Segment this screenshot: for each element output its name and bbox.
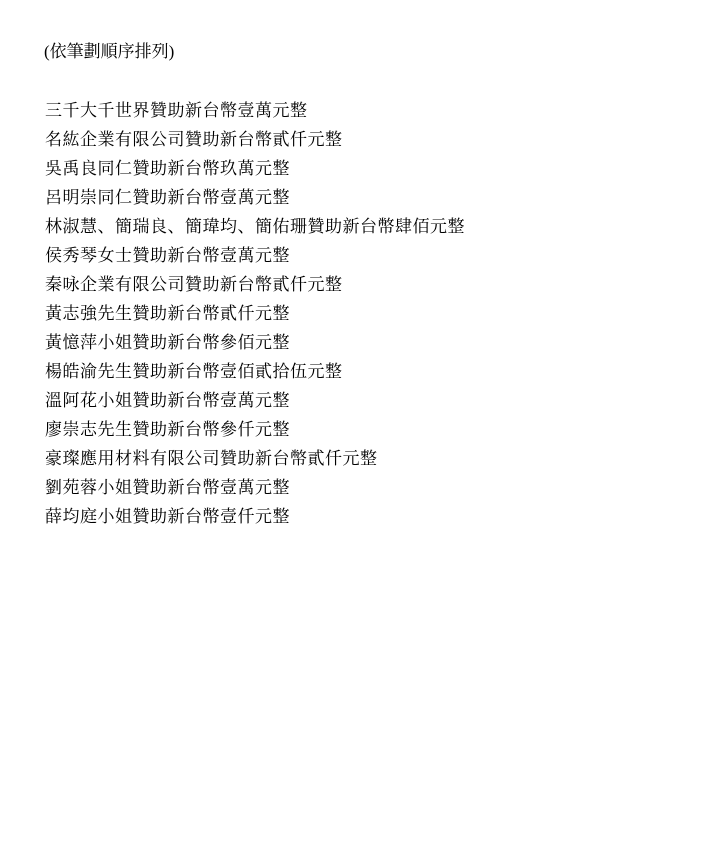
acknowledgement-entry: 三千大千世界贊助新台幣壹萬元整 <box>45 96 685 125</box>
acknowledgement-entry: 溫阿花小姐贊助新台幣壹萬元整 <box>45 386 685 415</box>
acknowledgement-entry: 劉苑蓉小姐贊助新台幣壹萬元整 <box>45 473 685 502</box>
acknowledgement-entry: 侯秀琴女士贊助新台幣壹萬元整 <box>45 241 685 270</box>
acknowledgement-entry: 薛均庭小姐贊助新台幣壹仟元整 <box>45 502 685 531</box>
acknowledgement-entry: 吳禹良同仁贊助新台幣玖萬元整 <box>45 154 685 183</box>
acknowledgement-entry: 黃憶萍小姐贊助新台幣參佰元整 <box>45 328 685 357</box>
acknowledgement-entry: 楊皓渝先生贊助新台幣壹佰貳拾伍元整 <box>45 357 685 386</box>
acknowledgement-entry: 廖崇志先生贊助新台幣參仟元整 <box>45 415 685 444</box>
acknowledgement-entry: 豪璨應用材料有限公司贊助新台幣貳仟元整 <box>45 444 685 473</box>
sort-order-note: (依筆劃順序排列) <box>44 41 174 63</box>
document-page: (依筆劃順序排列) 三千大千世界贊助新台幣壹萬元整 名紘企業有限公司贊助新台幣貳… <box>0 0 720 846</box>
acknowledgement-entry: 黃志強先生贊助新台幣貳仟元整 <box>45 299 685 328</box>
acknowledgement-entry: 名紘企業有限公司贊助新台幣貳仟元整 <box>45 125 685 154</box>
acknowledgement-entry: 呂明崇同仁贊助新台幣壹萬元整 <box>45 183 685 212</box>
acknowledgement-list: 三千大千世界贊助新台幣壹萬元整 名紘企業有限公司贊助新台幣貳仟元整 吳禹良同仁贊… <box>45 96 685 531</box>
acknowledgement-entry: 林淑慧、簡瑞良、簡瑋均、簡佑珊贊助新台幣肆佰元整 <box>45 212 685 241</box>
acknowledgement-entry: 秦咏企業有限公司贊助新台幣貳仟元整 <box>45 270 685 299</box>
